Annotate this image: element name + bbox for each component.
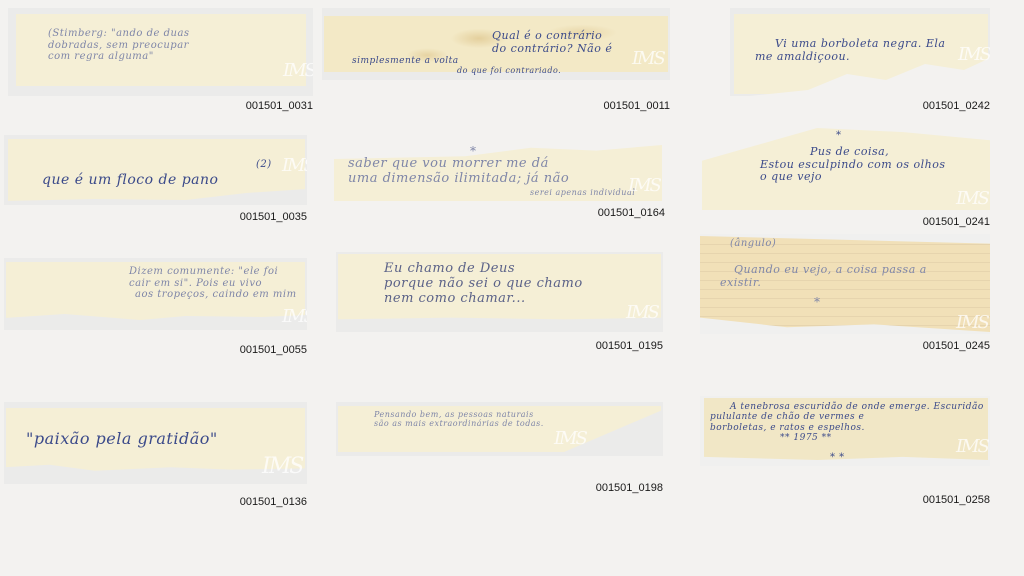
watermark: IMS: [956, 312, 988, 333]
handwritten-text: Eu chamo de Deus porque não sei o que ch…: [384, 262, 583, 307]
thumbnail-frame[interactable]: que é um floco de pano (2) IMS: [4, 135, 307, 205]
handwritten-text: simplesmente a volta: [352, 56, 459, 66]
item-caption: 001501_0198: [596, 482, 663, 494]
handwritten-text: Vi uma borboleta negra. Ela me amaldiçoo…: [755, 38, 945, 63]
watermark: IMS: [956, 436, 988, 457]
thumbnail-frame[interactable]: * saber que vou morrer me dá uma dimensã…: [330, 135, 665, 205]
handwritten-text: que é um floco de pano: [42, 172, 218, 188]
watermark: IMS: [283, 60, 313, 81]
gallery-item[interactable]: A tenebrosa escuridão de onde emerge. Es…: [700, 396, 990, 510]
gallery-item[interactable]: "paixão pela gratidão" IMS 001501_0136: [4, 402, 307, 514]
handwritten-text: saber que vou morrer me dá uma dimensão …: [348, 157, 569, 187]
watermark: IMS: [282, 306, 307, 327]
handwritten-text: do que foi contrariado.: [457, 66, 561, 75]
item-caption: 001501_0035: [240, 211, 307, 223]
item-caption: 001501_0241: [923, 216, 990, 228]
watermark: IMS: [632, 48, 664, 69]
watermark: IMS: [554, 428, 586, 449]
item-caption: 001501_0245: [923, 340, 990, 352]
item-caption: 001501_0164: [598, 207, 665, 219]
watermark: IMS: [262, 454, 302, 479]
watermark: IMS: [956, 188, 988, 209]
thumbnail-frame[interactable]: Eu chamo de Deus porque não sei o que ch…: [336, 252, 663, 332]
handwritten-text: Pus de coisa, Estou esculpindo com os ol…: [760, 146, 946, 184]
handwritten-text: Quando eu vejo, a coisa passa a existir.: [720, 264, 927, 289]
item-caption: 001501_0242: [923, 100, 990, 112]
handwritten-text: serei apenas individual: [530, 188, 635, 197]
gallery-item[interactable]: (ângulo) Quando eu vejo, a coisa passa a…: [700, 234, 990, 358]
handwritten-text: *: [814, 296, 821, 310]
item-caption: 001501_0011: [604, 100, 670, 112]
thumbnail-frame[interactable]: (ângulo) Quando eu vejo, a coisa passa a…: [700, 234, 990, 334]
handwritten-text: A tenebrosa escuridão de onde emerge. Es…: [710, 402, 984, 443]
thumbnail-frame[interactable]: A tenebrosa escuridão de onde emerge. Es…: [700, 396, 990, 466]
item-caption: 001501_0136: [240, 496, 307, 508]
gallery-item[interactable]: * saber que vou morrer me dá uma dimensã…: [330, 135, 665, 225]
handwritten-text: *: [836, 130, 842, 142]
item-caption: 001501_0258: [923, 494, 990, 506]
thumbnail-frame[interactable]: * Pus de coisa, Estou esculpindo com os …: [690, 120, 990, 210]
handwritten-text: Dizem comumente: "ele foi cair em si". P…: [129, 266, 297, 301]
item-caption: 001501_0195: [596, 340, 663, 352]
watermark: IMS: [958, 44, 990, 65]
watermark: IMS: [628, 175, 660, 196]
handwritten-text: (Stimberg: "ando de duas dobradas, sem p…: [48, 28, 190, 63]
watermark: IMS: [282, 155, 307, 176]
item-caption: 001501_0055: [240, 344, 307, 356]
gallery-item[interactable]: * Pus de coisa, Estou esculpindo com os …: [690, 120, 990, 230]
handwritten-text: * *: [830, 452, 845, 464]
page-number-circled: (2): [256, 159, 272, 171]
thumbnail-frame[interactable]: Qual é o contrário do contrário? Não é s…: [322, 8, 670, 80]
gallery-item[interactable]: (Stimberg: "ando de duas dobradas, sem p…: [8, 8, 313, 118]
thumbnail-frame[interactable]: "paixão pela gratidão" IMS: [4, 402, 307, 484]
handwritten-text: "paixão pela gratidão": [26, 430, 218, 448]
handwritten-text: Pensando bem, as pessoas naturais são as…: [374, 410, 544, 428]
gallery-item[interactable]: que é um floco de pano (2) IMS 001501_00…: [4, 135, 307, 225]
handwritten-text: Qual é o contrário do contrário? Não é: [492, 30, 612, 55]
item-caption: 001501_0031: [246, 100, 313, 112]
watermark: IMS: [626, 302, 658, 323]
handwritten-text: (ângulo): [730, 238, 776, 250]
gallery-item[interactable]: Qual é o contrário do contrário? Não é s…: [322, 8, 670, 118]
thumbnail-frame[interactable]: Dizem comumente: "ele foi cair em si". P…: [4, 258, 307, 330]
thumbnail-frame[interactable]: Pensando bem, as pessoas naturais são as…: [336, 402, 663, 456]
gallery-item[interactable]: Pensando bem, as pessoas naturais são as…: [336, 402, 663, 496]
gallery-item[interactable]: Dizem comumente: "ele foi cair em si". P…: [4, 258, 307, 358]
gallery-item[interactable]: Eu chamo de Deus porque não sei o que ch…: [336, 252, 663, 352]
thumbnail-frame[interactable]: Vi uma borboleta negra. Ela me amaldiçoo…: [730, 8, 990, 96]
gallery-item[interactable]: Vi uma borboleta negra. Ela me amaldiçoo…: [730, 8, 990, 118]
thumbnail-frame[interactable]: (Stimberg: "ando de duas dobradas, sem p…: [8, 8, 313, 96]
